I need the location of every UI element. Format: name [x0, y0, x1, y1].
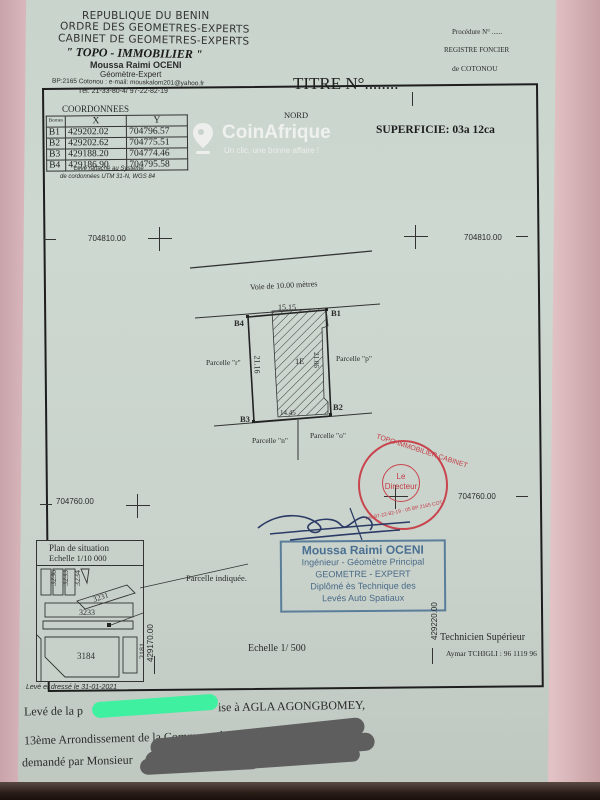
- parcel-south-east: Parcelle "o": [310, 431, 346, 440]
- footer-line-1-end: ise à AGLA AGONGBOMEY,: [218, 698, 365, 716]
- technician-title: Technicien Supérieur: [440, 632, 525, 643]
- top-length: 15.15: [278, 303, 296, 312]
- stamp-center: Le Directeur: [382, 464, 420, 502]
- situation-scale: Echelle 1/10 000: [49, 553, 107, 563]
- situation-plan: Plan de situation Echelle 1/10 000 3236 …: [36, 540, 144, 682]
- stamp-line-2: GEOMETRE - EXPERT: [282, 567, 444, 580]
- surveyor-stamp: Moussa Raimi OCENI Ingénieur - Géomètre …: [280, 539, 446, 612]
- bottom-length: 14.45: [280, 409, 296, 417]
- right-length: 21.06: [312, 352, 320, 368]
- stamp-line-3: Diplômé ès Technique des: [282, 579, 444, 592]
- parcel-indicated: Parcelle indiquée.: [186, 573, 247, 583]
- parcel-south-west: Parcelle "n": [252, 436, 288, 445]
- parcel-east: Parcelle "p": [336, 354, 372, 363]
- corner-b1: B1: [331, 308, 341, 318]
- table-edge: [0, 782, 600, 800]
- parcel-id: 1E: [295, 356, 304, 366]
- grid-label-x-right: 429220.00: [430, 602, 439, 640]
- footer-line-3: demandé par Monsieur: [22, 753, 133, 771]
- grid-tick: [432, 648, 433, 664]
- footer-line-1-start: Levé de la p: [24, 703, 83, 719]
- stamp-surveyor-name: Moussa Raimi OCENI: [282, 543, 444, 556]
- parcel-west: Parcelle "r": [206, 358, 241, 367]
- survey-date: Levé et dressé le 31-01-2021: [26, 684, 117, 691]
- situation-map: 3236 3233 3234 3231 3233 3184 3181: [37, 565, 143, 681]
- stamp-line-1: Ingénieur - Géomètre Principal: [282, 555, 444, 568]
- scale-label: Echelle 1/ 500: [248, 643, 306, 654]
- grid-tick: [154, 656, 155, 674]
- stamp-line-4: Levés Auto Spatiaux: [282, 591, 444, 604]
- lot-label: 3233: [79, 608, 95, 617]
- lot-label: 3234: [73, 570, 82, 586]
- lot-label: 3184: [77, 651, 96, 661]
- corner-b4: B4: [234, 318, 244, 328]
- situation-title: Plan de situation: [49, 543, 109, 553]
- technician-name: Aymar TCHIGLI : 96 1119 96: [446, 649, 537, 658]
- lot-label: 3236: [49, 570, 58, 586]
- lot-label: 3181: [138, 643, 143, 659]
- corner-b3: B3: [240, 414, 250, 424]
- corner-b2: B2: [333, 402, 343, 412]
- left-length: 21.16: [253, 356, 262, 374]
- lot-label: 3233: [61, 570, 70, 586]
